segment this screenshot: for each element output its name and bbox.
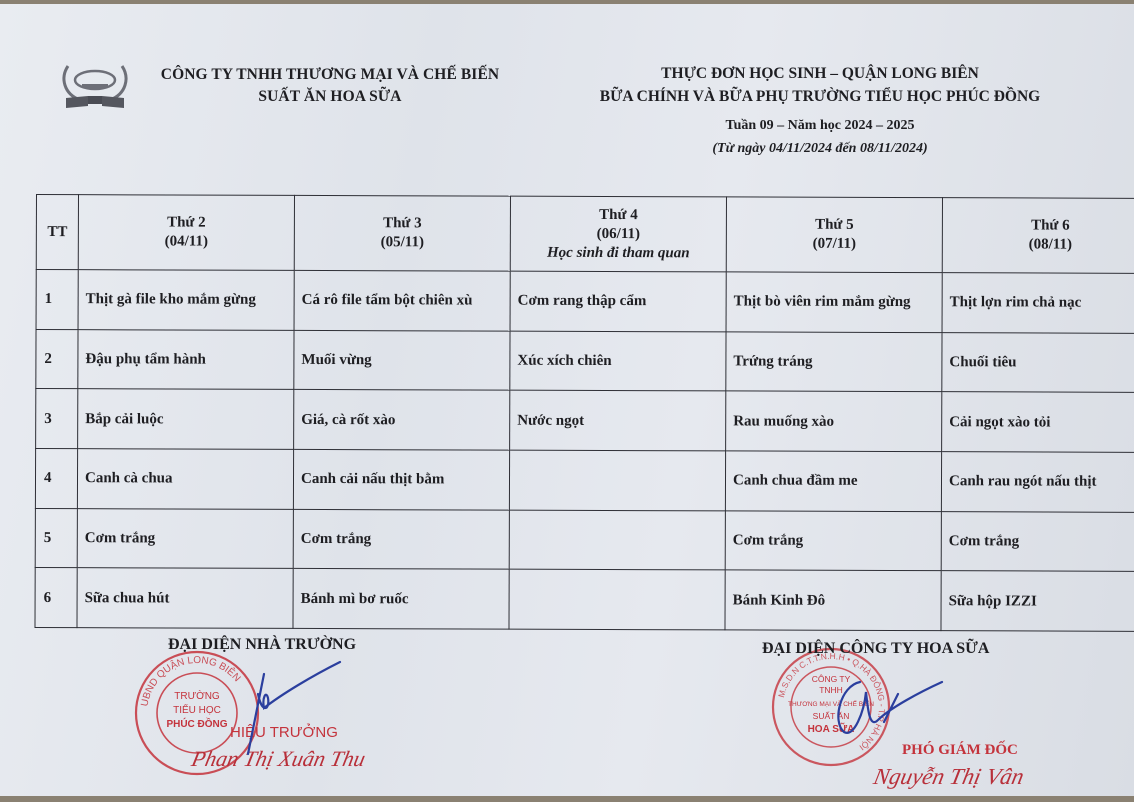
laurel-wreath-logo-icon — [58, 56, 132, 110]
table-row: 4Canh cà chuaCanh cải nấu thịt bằmCanh c… — [35, 448, 1134, 512]
menu-cell: Xúc xích chiên — [510, 331, 726, 391]
menu-cell: Cơm rang thập cẩm — [510, 271, 726, 331]
column-label: Thứ 3 — [296, 214, 509, 234]
table-row: 6Sữa chua hútBánh mì bơ ruốcBánh Kinh Đô… — [35, 568, 1134, 632]
column-label: Thứ 2 — [80, 213, 293, 233]
column-label: Thứ 5 — [728, 215, 941, 235]
menu-cell: Canh rau ngót nấu thịt — [941, 452, 1134, 512]
column-date: (04/11) — [80, 232, 293, 252]
week-label: Tuần 09 – Năm học 2024 – 2025 — [560, 114, 1080, 137]
menu-cell: Thịt gà file kho mắm gừng — [78, 270, 294, 330]
column-date: (07/11) — [728, 234, 941, 254]
menu-cell: Canh cà chua — [77, 449, 293, 509]
column-header-thu-2: Thứ 2 (04/11) — [78, 195, 294, 271]
menu-cell: Sữa hộp IZZI — [941, 571, 1134, 631]
company-name: CÔNG TY TNHH THƯƠNG MẠI VÀ CHẾ BIẾN SUẤT… — [140, 64, 520, 108]
company-representative-heading: ĐẠI DIỆN CÔNG TY HOA SỮA — [762, 640, 989, 658]
menu-cell: Cải ngọt xào tỏi — [942, 392, 1134, 452]
svg-text:TRƯỜNG: TRƯỜNG — [174, 689, 220, 702]
svg-text:TIỂU HỌC: TIỂU HỌC — [173, 703, 221, 716]
menu-cell: Chuối tiêu — [942, 332, 1134, 392]
column-header-thu-6: Thứ 6 (08/11) — [942, 198, 1134, 274]
school-signature-icon — [222, 654, 352, 764]
table-header-row: TT Thứ 2 (04/11) Thứ 3 (05/11) Thứ 4 (06… — [36, 195, 1134, 274]
menu-cell: Bánh Kinh Đô — [725, 570, 941, 630]
menu-cell — [509, 510, 725, 570]
menu-header: THỰC ĐƠN HỌC SINH – QUẬN LONG BIÊN BỮA C… — [560, 62, 1080, 160]
column-note: Học sinh đi tham quan — [512, 243, 725, 263]
company-line-2: SUẤT ĂN HOA SỮA — [140, 86, 520, 108]
menu-cell: Rau muống xào — [726, 391, 942, 451]
menu-cell: Cơm trắng — [77, 508, 293, 568]
row-number: 1 — [36, 270, 78, 330]
row-number: 5 — [35, 508, 77, 568]
menu-cell: Cơm trắng — [725, 511, 941, 571]
row-number: 6 — [35, 568, 77, 628]
menu-cell: Canh chua đầm me — [725, 451, 941, 511]
column-header-thu-3: Thứ 3 (05/11) — [294, 195, 510, 271]
menu-cell: Bánh mì bơ ruốc — [293, 569, 509, 629]
menu-title: THỰC ĐƠN HỌC SINH – QUẬN LONG BIÊN — [560, 62, 1080, 85]
table-row: 3Bắp cải luộcGiá, cà rốt xàoNước ngọtRau… — [36, 389, 1134, 453]
company-signer-role: PHÓ GIÁM ĐỐC — [902, 742, 1018, 759]
row-number: 2 — [36, 329, 78, 389]
menu-cell: Cơm trắng — [941, 511, 1134, 571]
column-date: (06/11) — [512, 224, 725, 244]
menu-cell: Canh cải nấu thịt bằm — [293, 449, 509, 509]
menu-table: TT Thứ 2 (04/11) Thứ 3 (05/11) Thứ 4 (06… — [34, 194, 1134, 632]
menu-table-body: 1Thịt gà file kho mắm gừngCá rô file tẩm… — [35, 270, 1134, 632]
menu-cell: Thịt lợn rim chả nạc — [942, 273, 1134, 333]
menu-cell — [509, 450, 725, 510]
date-range: (Từ ngày 04/11/2024 đến 08/11/2024) — [560, 137, 1080, 160]
menu-cell: Cá rô file tẩm bột chiên xù — [294, 270, 510, 330]
menu-cell: Bắp cải luộc — [78, 389, 294, 449]
company-line-1: CÔNG TY TNHH THƯƠNG MẠI VÀ CHẾ BIẾN — [140, 64, 520, 86]
table-row: 1Thịt gà file kho mắm gừngCá rô file tẩm… — [36, 270, 1134, 334]
menu-cell: Trứng tráng — [726, 332, 942, 392]
svg-text:PHÚC ĐỒNG: PHÚC ĐỒNG — [166, 717, 227, 730]
menu-cell: Muối vừng — [294, 330, 510, 390]
menu-cell: Nước ngọt — [510, 390, 726, 450]
school-representative-heading: ĐẠI DIỆN NHÀ TRƯỜNG — [168, 636, 356, 654]
menu-cell — [509, 569, 725, 629]
menu-cell: Sữa chua hút — [77, 568, 293, 628]
column-label: Thứ 4 — [512, 205, 725, 225]
column-header-thu-5: Thứ 5 (07/11) — [726, 197, 942, 273]
company-signer-name: Nguyễn Thị Vân — [871, 764, 1026, 790]
column-date: (08/11) — [944, 235, 1134, 255]
table-row: 2Đậu phụ tẩm hànhMuối vừngXúc xích chiên… — [36, 329, 1134, 393]
menu-cell: Đậu phụ tẩm hành — [78, 329, 294, 389]
menu-cell: Cơm trắng — [293, 509, 509, 569]
company-signature-icon — [820, 672, 950, 742]
column-header-thu-4: Thứ 4 (06/11) Học sinh đi tham quan — [510, 196, 726, 272]
column-date: (05/11) — [296, 233, 509, 253]
menu-cell: Giá, cà rốt xào — [294, 390, 510, 450]
table-row: 5Cơm trắngCơm trắngCơm trắngCơm trắng — [35, 508, 1134, 572]
menu-cell: Thịt bò viên rim mắm gừng — [726, 272, 942, 332]
column-label: Thứ 6 — [944, 216, 1134, 236]
menu-document: CÔNG TY TNHH THƯƠNG MẠI VÀ CHẾ BIẾN SUẤT… — [0, 4, 1134, 796]
column-label: TT — [47, 224, 67, 240]
menu-subtitle: BỮA CHÍNH VÀ BỮA PHỤ TRƯỜNG TIỂU HỌC PHÚ… — [560, 85, 1080, 108]
column-header-tt: TT — [36, 195, 78, 270]
row-number: 4 — [35, 448, 77, 508]
row-number: 3 — [36, 389, 78, 449]
